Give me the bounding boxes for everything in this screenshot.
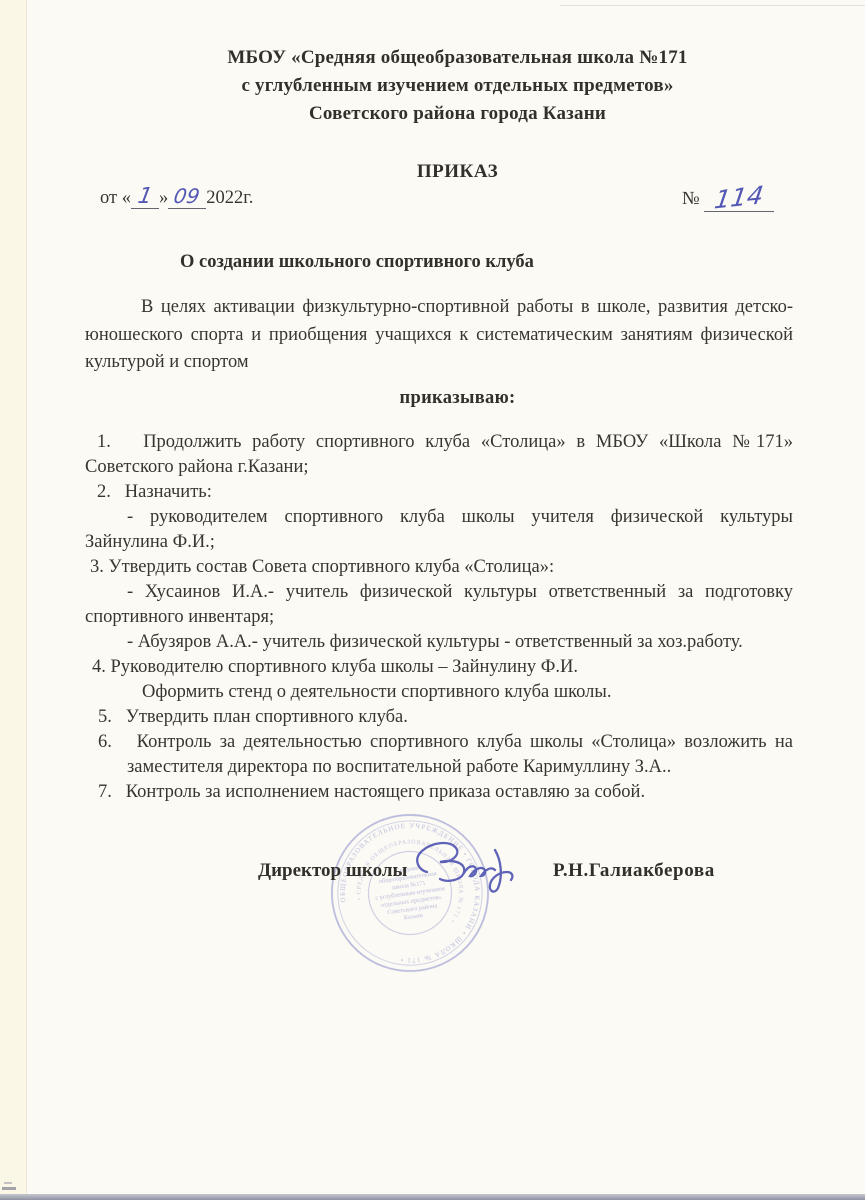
order-item-4a: Оформить стенд о деятельности спортивног…	[85, 680, 793, 705]
date-month-slot: 09	[168, 186, 206, 209]
decree-word: приказываю:	[90, 388, 825, 409]
order-item-2: 2. Назначить:	[85, 480, 793, 505]
number-slot: 114	[704, 188, 774, 212]
order-meta-row: от «1»092022г. № 114	[0, 186, 865, 226]
scan-top-edge-line	[560, 5, 865, 6]
number-sign: №	[682, 189, 700, 209]
scan-bottom-edge	[0, 1194, 865, 1200]
date-prefix: от «	[100, 188, 131, 208]
order-item-3a: - Хусаинов И.А.- учитель физической куль…	[85, 580, 793, 630]
scan-left-edge	[0, 0, 27, 1200]
order-items-list: 1. Продолжить работу спортивного клуба «…	[85, 430, 793, 805]
school-header-line2: с углубленным изучением отдельных предме…	[90, 72, 825, 100]
school-header: МБОУ «Средняя общеобразовательная школа …	[90, 44, 825, 128]
svg-text:Казани: Казани	[403, 912, 423, 922]
intro-paragraph: В целях активации физкультурно-спортивно…	[85, 294, 793, 377]
date-year: 2022г.	[206, 188, 253, 208]
order-item-6: 6. Контроль за деятельностью спортивного…	[85, 730, 793, 780]
date-month-handwritten: 09	[173, 186, 202, 206]
school-header-line3: Советского района города Казани	[90, 100, 825, 128]
order-item-5: 5. Утвердить план спортивного клуба.	[85, 705, 793, 730]
signature-name: Р.Н.Галиакберова	[553, 860, 715, 882]
order-date: от «1»092022г.	[100, 186, 253, 209]
order-item-7: 7. Контроль за исполнением настоящего пр…	[85, 780, 793, 805]
school-header-line1: МБОУ «Средняя общеобразовательная школа …	[90, 44, 825, 72]
scan-artifact-mark	[4, 1182, 12, 1184]
date-day-slot: 1	[131, 187, 159, 209]
scanned-order-document: МБОУ «Средняя общеобразовательная школа …	[0, 0, 865, 1200]
order-item-3b: - Абузяров А.А.- учитель физической куль…	[85, 630, 793, 655]
order-number: № 114	[682, 188, 774, 212]
scan-artifact-mark	[2, 1187, 16, 1190]
order-title: ПРИКАЗ	[90, 161, 825, 183]
date-quote-close: »	[159, 188, 168, 208]
order-item-3: 3. Утвердить состав Совета спортивного к…	[85, 555, 793, 580]
number-handwritten: 114	[713, 186, 765, 211]
order-item-2a: - руководителем спортивного клуба школы …	[85, 505, 793, 555]
order-item-1: 1. Продолжить работу спортивного клуба «…	[85, 430, 793, 480]
date-day-handwritten: 1	[136, 187, 154, 207]
signature-role-label: Директор школы	[258, 860, 407, 882]
order-item-4: 4. Руководителю спортивного клуба школы …	[85, 655, 793, 680]
order-subject: О создании школьного спортивного клуба	[180, 252, 534, 273]
director-signature-scribble	[403, 832, 523, 898]
